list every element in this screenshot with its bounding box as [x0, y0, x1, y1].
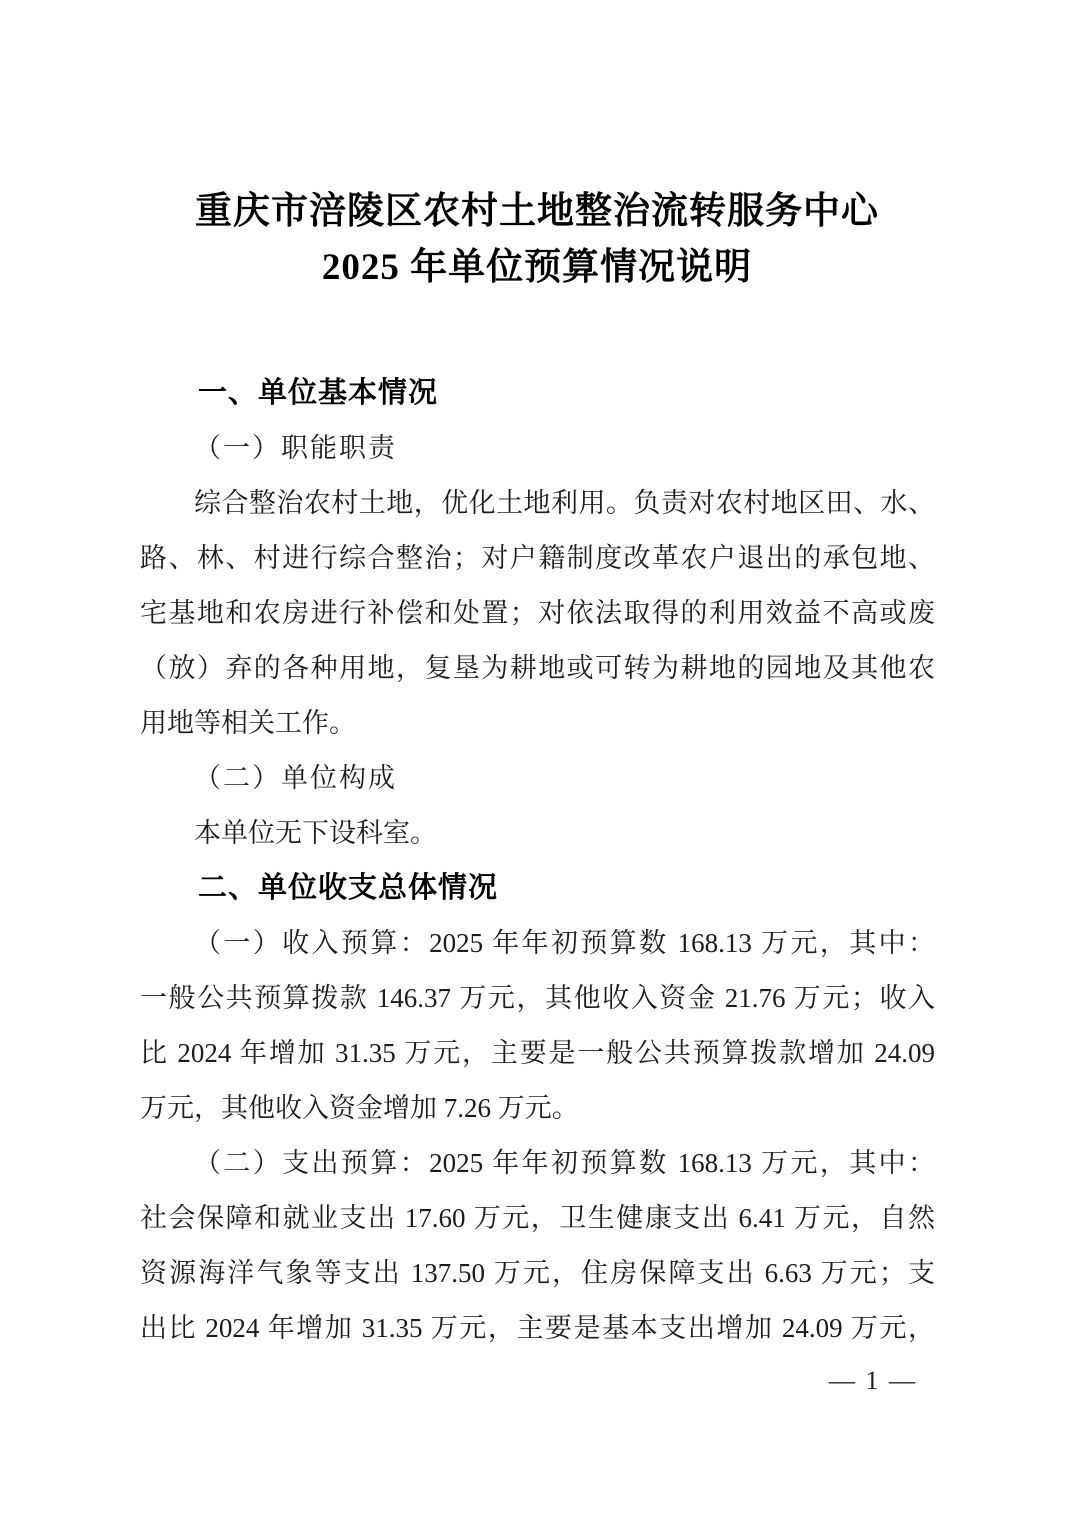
- para-income-line-1: （一）收入预算：2025 年年初预算数 168.13 万元，其中：: [140, 916, 935, 971]
- para-functions-line-3: 宅基地和农房进行补偿和处置；对依法取得的利用效益不高或废: [140, 586, 935, 641]
- para-functions-line-4: （放）弃的各种用地，复垦为耕地或可转为耕地的园地及其他农: [140, 641, 935, 696]
- para-composition-line-1: 本单位无下设科室。: [140, 806, 935, 861]
- section-heading-2: 二、单位收支总体情况: [140, 861, 935, 916]
- document-title-line-2: 2025 年单位预算情况说明: [0, 240, 1074, 296]
- para-expenditure-line-3: 资源海洋气象等支出 137.50 万元，住房保障支出 6.63 万元；支: [140, 1246, 935, 1301]
- subheading-1-1-functions: （一）职能职责: [140, 421, 935, 476]
- para-functions-line-5: 用地等相关工作。: [140, 696, 935, 751]
- document-page: 重庆市涪陵区农村土地整治流转服务中心 2025 年单位预算情况说明 一、单位基本…: [0, 0, 1074, 1520]
- para-functions-line-1: 综合整治农村土地，优化土地利用。负责对农村地区田、水、: [140, 476, 935, 531]
- para-expenditure-line-4: 出比 2024 年增加 31.35 万元，主要是基本支出增加 24.09 万元，: [140, 1301, 935, 1356]
- para-expenditure-line-1: （二）支出预算：2025 年年初预算数 168.13 万元，其中：: [140, 1136, 935, 1191]
- page-number: — 1 —: [829, 1366, 915, 1396]
- document-body: 一、单位基本情况 （一）职能职责 综合整治农村土地，优化土地利用。负责对农村地区…: [0, 366, 1074, 1356]
- subheading-1-2-composition: （二）单位构成: [140, 751, 935, 806]
- para-expenditure-line-2: 社会保障和就业支出 17.60 万元，卫生健康支出 6.41 万元，自然: [140, 1191, 935, 1246]
- section-heading-1: 一、单位基本情况: [140, 366, 935, 421]
- document-title: 重庆市涪陵区农村土地整治流转服务中心 2025 年单位预算情况说明: [0, 0, 1074, 296]
- para-income-line-4: 万元，其他收入资金增加 7.26 万元。: [140, 1081, 935, 1136]
- para-functions-line-2: 路、林、村进行综合整治；对户籍制度改革农户退出的承包地、: [140, 531, 935, 586]
- document-title-line-1: 重庆市涪陵区农村土地整治流转服务中心: [0, 184, 1074, 240]
- para-income-line-2: 一般公共预算拨款 146.37 万元，其他收入资金 21.76 万元；收入: [140, 971, 935, 1026]
- para-income-line-3: 比 2024 年增加 31.35 万元，主要是一般公共预算拨款增加 24.09: [140, 1026, 935, 1081]
